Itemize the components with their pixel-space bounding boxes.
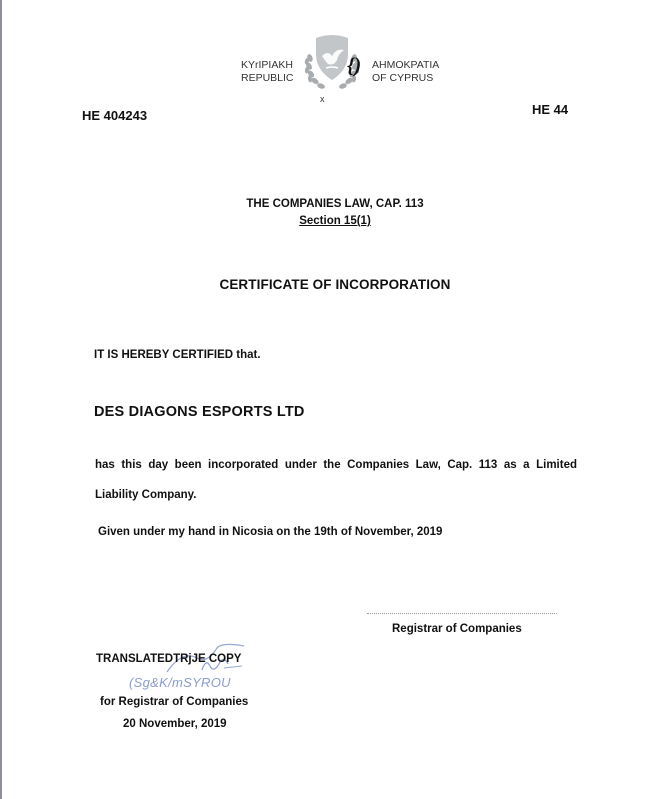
certificate-title: CERTIFICATE OF INCORPORATION xyxy=(2,277,666,292)
crest-greek-left: KYrIPIAKH xyxy=(241,59,294,72)
law-title: THE COMPANIES LAW, CAP. 113 xyxy=(2,198,666,210)
incorporation-text-line2: Liability Company. xyxy=(95,489,196,501)
company-name: DES DIAGONS ESPORTS LTD xyxy=(94,404,305,420)
crest-english-left: REPUBLIC xyxy=(241,72,294,85)
crest-english-right: OF CYPRUS xyxy=(372,72,439,85)
signature-line xyxy=(367,613,557,614)
crest-mark: {) xyxy=(347,53,361,78)
given-statement: Given under my hand in Nicosia on the 19… xyxy=(98,526,442,538)
crest-right-text: AHMOKPATIA OF CYPRUS xyxy=(372,59,439,85)
crest-greek-right: AHMOKPATIA xyxy=(372,59,439,72)
translation-date: 20 November, 2019 xyxy=(123,718,227,730)
reference-number-right: HE 44 xyxy=(532,102,568,117)
translator-signature: (Sg&K/mSYROU xyxy=(129,675,231,690)
registrar-title: Registrar of Companies xyxy=(392,623,522,635)
certificate-page: KYrIPIAKH REPUBLIC xyxy=(0,0,666,799)
certified-statement: IT IS HEREBY CERTIFIED that. xyxy=(94,349,261,361)
incorporation-text-line1: has this day been incorporated under the… xyxy=(95,459,577,471)
registration-number: HE 404243 xyxy=(82,108,147,123)
translated-copy-label: TRANSLATEDTRjJE COPY xyxy=(96,653,241,665)
crest-x-mark: x xyxy=(320,94,325,104)
for-registrar-label: for Registrar of Companies xyxy=(100,696,248,708)
crest-left-text: KYrIPIAKH REPUBLIC xyxy=(241,59,294,85)
law-section: Section 15(1) xyxy=(2,215,666,227)
